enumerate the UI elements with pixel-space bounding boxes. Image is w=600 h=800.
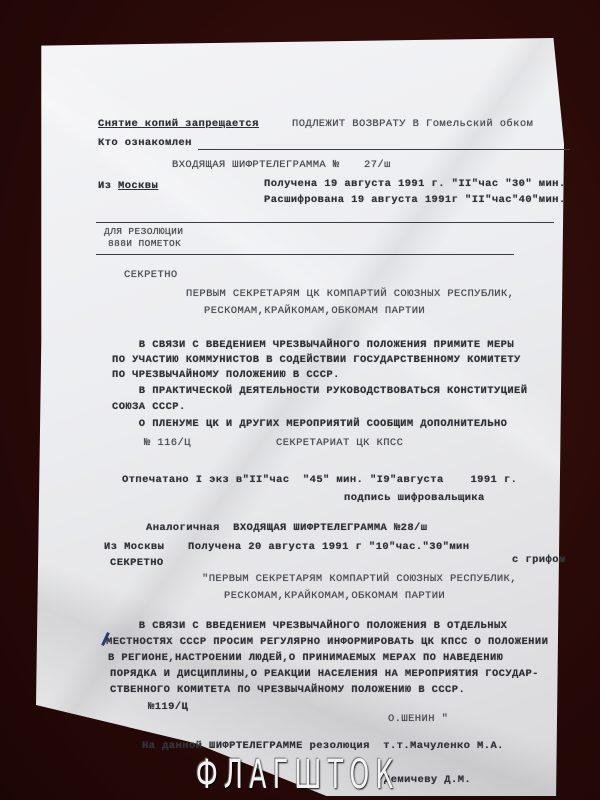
body-2-line: МЕСТНОСТЯХ СССР ПРОСИМ РЕГУЛЯРНО ИНФОРМИ… xyxy=(106,636,548,648)
telegram-2-title: Аналогичная ВХОДЯЩАЯ ШИФРТЕЛЕГРАММА №28/… xyxy=(146,522,427,534)
watermark-logo: ФЛАГШТОК xyxy=(196,752,400,798)
divider-bottom xyxy=(96,254,514,255)
return-notice: ПОДЛЕЖИТ ВОЗВРАТУ В Гомельский обком xyxy=(292,118,533,130)
body-line: ПО УЧАСТИЮ КОММУНИСТОВ В СОДЕЙСТВИИ ГОСУ… xyxy=(112,354,521,366)
body-line: СОЮЗА СССР. xyxy=(112,401,186,413)
copy-forbidden-notice: Снятие копий запрещается xyxy=(98,118,259,130)
body-line: О ПЛЕНУМЕ ЦК И ДРУГИХ МЕРОПРИЯТИЙ СООБЩИ… xyxy=(112,418,507,430)
telegram-title: ВХОДЯЩАЯ ШИФРТЕЛЕГРАММА № xyxy=(172,159,340,171)
from-value: Москвы xyxy=(118,180,158,192)
body-line: В СВЯЗИ С ВВЕДЕНИЕМ ЧРЕЗВЫЧАЙНОГО ПОЛОЖЕ… xyxy=(112,339,514,351)
telegram-2-stamp: с грифом xyxy=(512,554,566,566)
received-time: Получена 19 августа 1991 г. "II"час "30"… xyxy=(264,178,566,190)
cipher-signature: подпись шифровальщика xyxy=(344,492,485,504)
divider-top xyxy=(96,222,554,223)
telegram-2-from: Из Москвы xyxy=(104,541,164,553)
ref-number: № 116/Ц xyxy=(144,437,191,449)
telegram-number: 27/ш xyxy=(364,159,391,171)
reviewed-by-line xyxy=(198,149,570,150)
printed-note: Отпечатано I экз в"II"час "45" мин. "I9"… xyxy=(122,474,517,486)
addressee-line-1: ПЕРВЫМ СЕКРЕТАРЯМ ЦК КОМПАРТИЙ СОЮЗНЫХ Р… xyxy=(186,288,514,300)
classification: СЕКРЕТНО xyxy=(124,269,178,281)
telegram-2-ref-number: №119/Ц xyxy=(148,701,188,713)
telegram-2-received: Получена 20 августа 1991 г "10"час."30"м… xyxy=(188,541,469,553)
secretariat-signature: СЕКРЕТАРИАТ ЦК КПСС xyxy=(276,437,403,449)
body-2-line: СТВЕННОГО КОМИТЕТА ПО ЧРЕЗВЫЧАЙНОМУ ПОЛО… xyxy=(110,684,465,696)
body-2-line: ПОРЯДКА И ДИСЦИПЛИНЫ,О РЕАКЦИИ НАСЕЛЕНИЯ… xyxy=(110,668,539,680)
resolution-label-1: ДЛЯ РЕЗОЛЮЦИИ xyxy=(104,226,183,237)
telegram-2-addressee-2: РЕСКОМАМ,КРАЙКОМАМ,ОБКОМАМ ПАРТИИ xyxy=(224,590,445,602)
addressee-line-2: РЕСКОМАМ,КРАЙКОМАМ,ОБКОМАМ ПАРТИИ xyxy=(204,305,425,317)
resolution-label-2: 888И ПОМЕТОК xyxy=(108,238,181,249)
telegram-2-signature: О.ШЕНИН " xyxy=(388,713,448,725)
telegram-2-addressee-1: "ПЕРВЫМ СЕКРЕТАРЯМ КОМПАРТИЙ СОЮЗНЫХ РЕС… xyxy=(202,573,517,585)
reviewed-by-label: Кто ознакомлен xyxy=(98,137,192,149)
from-label: Из xyxy=(98,180,111,192)
body-line: ПО ЧРЕЗВЫЧАЙНОМУ ПОЛОЖЕНИЮ В СССР. xyxy=(112,369,340,381)
telegram-2-classification: СЕКРЕТНО xyxy=(110,557,164,569)
resolution-line-1: На данной ШИФРТЕЛЕГРАММЕ резолюция т.т.М… xyxy=(142,740,504,752)
body-line: В ПРАКТИЧЕСКОЙ ДЕЯТЕЛЬНОСТИ РУКОВОДСТВОВ… xyxy=(112,385,527,397)
body-2-line: В РЕГИОНЕ,НАСТРОЕНИИ ЛЮДЕЙ,О ПРИНИМАЕМЫХ… xyxy=(108,652,503,664)
telegram-document xyxy=(36,38,564,796)
decrypted-time: Расшифрована 19 августа 1991г "II"час"40… xyxy=(264,194,566,206)
body-2-line: В СВЯЗИ С ВВЕДЕНИЕМ ЧРЕЗВЫЧАЙНОГО ПОЛОЖЕ… xyxy=(112,620,507,632)
